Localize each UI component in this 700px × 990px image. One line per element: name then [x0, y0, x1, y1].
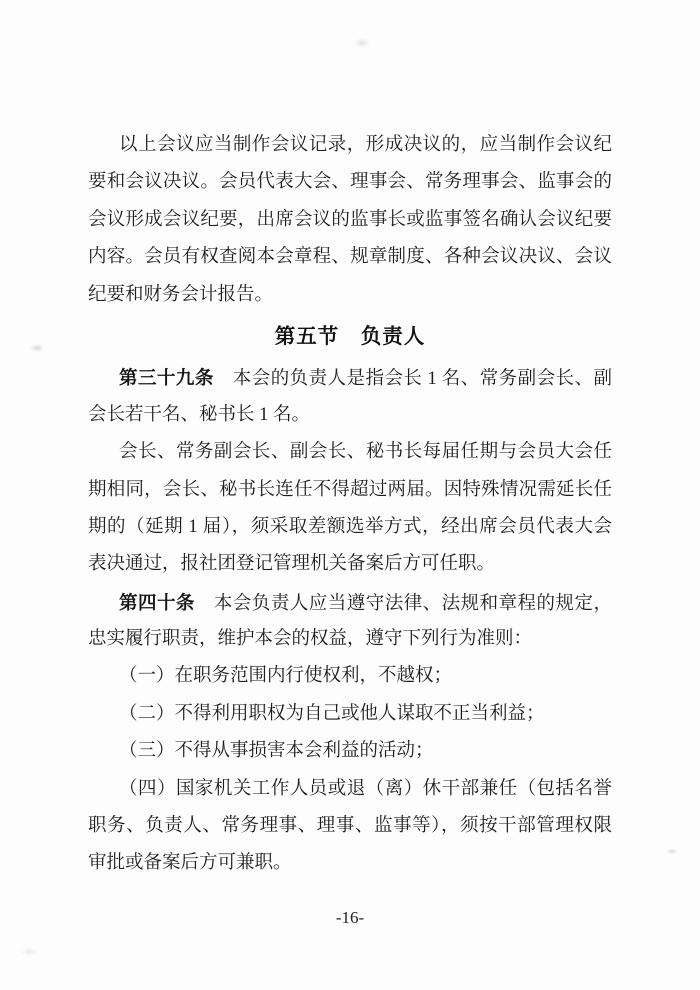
text-line: 第三十九条 本会的负责人是指会长 1 名、常务副会长、副 [88, 359, 612, 396]
text-line: 以上会议应当制作会议记录，形成决议的，应当制作会议纪 [88, 127, 612, 164]
scan-speck [20, 948, 38, 956]
text-line: 表决通过，报社团登记管理机关备案后方可任职。 [88, 546, 612, 583]
text-line: （二）不得利用职权为自己或他人谋取不正当利益； [88, 696, 612, 733]
text-line: 纪要和财务会计报告。 [88, 277, 612, 314]
text-line: （三）不得从事损害本会利益的活动； [88, 733, 612, 770]
text-line: 会议形成会议纪要，出席会议的监事长或监事签名确认会议纪要 [88, 202, 612, 239]
text-line: （一）在职务范围内行使权利，不越权； [88, 658, 612, 695]
text-line: 内容。会员有权查阅本会章程、规章制度、各种会议决议、会议 [88, 239, 612, 276]
text-line: 要和会议决议。会员代表大会、理事会、常务理事会、监事会的 [88, 164, 612, 201]
document-body: 以上会议应当制作会议记录，形成决议的，应当制作会议纪要和会议决议。会员代表大会、… [88, 127, 612, 883]
scan-speck [30, 344, 44, 352]
text-line: 会长、常务副会长、副会长、秘书长每届任期与会员大会任 [88, 434, 612, 471]
text-line: 期相同，会长、秘书长连任不得超过两届。因特殊情况需延长任 [88, 472, 612, 509]
page-number: -16- [0, 908, 700, 928]
text-line: （四）国家机关工作人员或退（离）休干部兼任（包括名誉 [88, 771, 612, 808]
section-heading: 第五节 负责人 [88, 318, 612, 355]
article-number: 第三十九条 [119, 367, 214, 388]
scan-speck [354, 38, 370, 48]
scan-speck [666, 848, 678, 855]
text-line: 会长若干名、秘书长 1 名。 [88, 397, 612, 434]
text-line: 职务、负责人、常务理事、理事、监事等），须按干部管理权限 [88, 808, 612, 845]
text-line: 审批或备案后方可兼职。 [88, 845, 612, 882]
text-line: 第四十条 本会负责人应当遵守法律、法规和章程的规定， [88, 584, 612, 621]
document-page: 以上会议应当制作会议记录，形成决议的，应当制作会议纪要和会议决议。会员代表大会、… [0, 0, 700, 990]
article-number: 第四十条 [119, 592, 195, 613]
text-line: 期的（延期 1 届），须采取差额选举方式，经出席会员代表大会 [88, 509, 612, 546]
text-line: 忠实履行职责，维护本会的权益，遵守下列行为准则： [88, 621, 612, 658]
